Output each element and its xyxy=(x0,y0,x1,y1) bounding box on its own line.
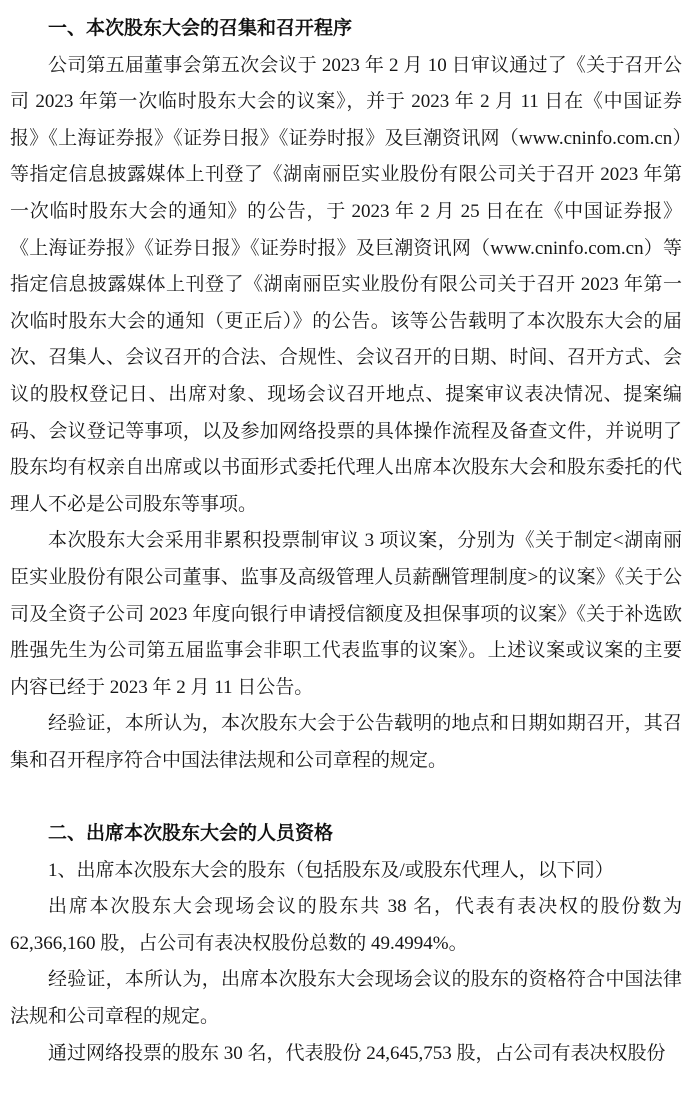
paragraph-online-voting-stats: 通过网络投票的股东 30 名，代表股份 24,645,753 股，占公司有表决权… xyxy=(10,1036,682,1073)
paragraph-proposals-list: 本次股东大会采用非累积投票制审议 3 项议案，分别为《关于制定<湖南丽臣实业股份… xyxy=(10,523,682,706)
section-2-heading: 二、出席本次股东大会的人员资格 xyxy=(10,816,682,853)
paragraph-convening-notice: 公司第五届董事会第五次会议于 2023 年 2 月 10 日审议通过了《关于召开… xyxy=(10,48,682,524)
section-meeting-convening: 一、本次股东大会的召集和召开程序 公司第五届董事会第五次会议于 2023 年 2… xyxy=(10,11,682,779)
section-attendee-qualification: 二、出席本次股东大会的人员资格 1、出席本次股东大会的股东（包括股东及/或股东代… xyxy=(10,816,682,1072)
paragraph-shareholders-definition: 1、出席本次股东大会的股东（包括股东及/或股东代理人，以下同） xyxy=(10,853,682,890)
paragraph-verification-convening: 经验证，本所认为，本次股东大会于公告载明的地点和日期如期召开，其召集和召开程序符… xyxy=(10,706,682,779)
paragraph-verification-qualification: 经验证，本所认为，出席本次股东大会现场会议的股东的资格符合中国法律法规和公司章程… xyxy=(10,962,682,1035)
paragraph-onsite-shareholders-stats: 出席本次股东大会现场会议的股东共 38 名，代表有表决权的股份数为 62,366… xyxy=(10,889,682,962)
document-page: 一、本次股东大会的召集和召开程序 公司第五届董事会第五次会议于 2023 年 2… xyxy=(0,0,700,1097)
section-1-heading: 一、本次股东大会的召集和召开程序 xyxy=(10,11,682,48)
